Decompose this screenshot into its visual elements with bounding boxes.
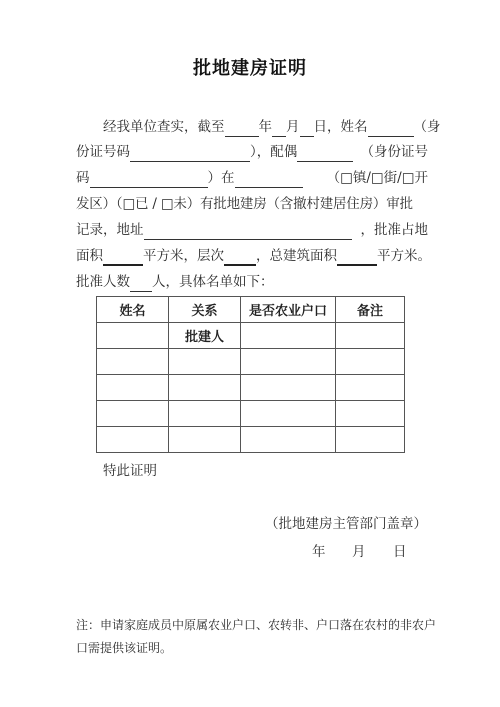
cell-relationship[interactable] [169, 349, 241, 375]
footnote-line-1: 注：申请家庭成员中原属农业户口、农转非、户口落在农村的非农户 [76, 614, 436, 637]
location-blank[interactable] [235, 171, 303, 188]
date-day-label: 日 [393, 540, 407, 560]
closing-text: 特此证明 [103, 459, 157, 479]
code-label: 码 [76, 168, 90, 188]
total-area-label: ，总建筑面积 [256, 246, 337, 266]
header-remarks: 备注 [336, 297, 405, 323]
cell-agricultural-hukou[interactable] [241, 349, 336, 375]
cell-relationship[interactable] [169, 427, 241, 453]
table-row [97, 427, 405, 453]
header-agricultural-hukou: 是否农业户口 [241, 297, 336, 323]
cell-name[interactable] [97, 375, 169, 401]
cell-remarks[interactable] [336, 427, 405, 453]
total-area-blank[interactable] [337, 248, 377, 266]
land-area-label: ，批准占地 [361, 220, 429, 240]
cell-name[interactable] [97, 349, 169, 375]
id-label-start: （身 [414, 117, 441, 137]
cell-agricultural-hukou[interactable] [241, 375, 336, 401]
id-number-label: 份证号码 [76, 142, 130, 162]
document-title: 批地建房证明 [0, 54, 500, 80]
header-relationship: 关系 [169, 297, 241, 323]
sqm-label: 平方米。 [377, 246, 431, 266]
cell-relationship[interactable]: 批建人 [169, 323, 241, 349]
table-row [97, 349, 405, 375]
footnote-line-2: 口需提供该证明。 [76, 637, 436, 660]
cell-agricultural-hukou[interactable] [241, 401, 336, 427]
cell-agricultural-hukou[interactable] [241, 427, 336, 453]
spouse-blank[interactable] [297, 145, 353, 162]
table-row [97, 375, 405, 401]
cell-remarks[interactable] [336, 401, 405, 427]
paragraph-line-4: 发区）（□已 / □未）有批地建房（含撤村建居住房）审批 [76, 194, 428, 214]
area-type-options: （□镇/□街/□开 [327, 168, 428, 188]
table-row: 批建人 [97, 323, 405, 349]
year-label: 年 [259, 117, 273, 137]
list-intro-label: 人，具体名单如下： [152, 272, 274, 292]
area-label: 面积 [76, 246, 103, 266]
household-members-table: 姓名 关系 是否农业户口 备注 批建人 [96, 296, 405, 453]
cell-name[interactable] [97, 323, 169, 349]
spouse-id-blank[interactable] [90, 171, 208, 188]
land-area-blank[interactable] [103, 248, 143, 266]
table-row [97, 401, 405, 427]
approved-count-label: 批准人数 [76, 272, 130, 292]
month-label: 月 [286, 117, 300, 137]
intro-text: 经我单位查实，截至 [103, 117, 225, 137]
floors-label: 平方米，层次 [143, 246, 224, 266]
day-blank[interactable] [300, 120, 314, 137]
id-number-blank[interactable] [130, 145, 250, 162]
paragraph-line-3: 码 ）在 （□镇/□街/□开 [76, 168, 428, 188]
approval-status-text: 发区）（□已 / □未）有批地建房（含撤村建居住房）审批 [76, 194, 413, 214]
seal-label: （批地建房主管部门盖章） [265, 512, 427, 532]
cell-name[interactable] [97, 401, 169, 427]
cell-agricultural-hukou[interactable] [241, 323, 336, 349]
cell-relationship[interactable] [169, 401, 241, 427]
day-name-label: 日，姓名 [314, 117, 368, 137]
cell-name[interactable] [97, 427, 169, 453]
year-blank[interactable] [225, 120, 259, 137]
located-label: ）在 [208, 168, 235, 188]
floors-blank[interactable] [224, 248, 256, 266]
paragraph-line-1: 经我单位查实，截至 年 月 日，姓名 （身 [76, 117, 428, 137]
paragraph-line-6: 面积 平方米，层次 ，总建筑面积 平方米。 [76, 246, 428, 266]
approved-count-blank[interactable] [130, 275, 152, 292]
paragraph-line-7: 批准人数 人，具体名单如下： [76, 272, 428, 292]
paragraph-line-2: 份证号码 ），配偶 （身份证号 [76, 142, 428, 162]
paragraph-line-5: 记录，地址 ，批准占地 [76, 220, 428, 240]
spouse-label: ），配偶 [250, 142, 297, 162]
header-name: 姓名 [97, 297, 169, 323]
address-blank[interactable] [144, 223, 352, 240]
spouse-id-label: （身份证号 [361, 142, 429, 162]
cell-remarks[interactable] [336, 323, 405, 349]
month-blank[interactable] [272, 120, 286, 137]
address-label: 记录，地址 [76, 220, 144, 240]
date-year-label: 年 [312, 540, 326, 560]
table-header-row: 姓名 关系 是否农业户口 备注 [97, 297, 405, 323]
date-month-label: 月 [352, 540, 366, 560]
cell-remarks[interactable] [336, 375, 405, 401]
name-blank[interactable] [368, 120, 414, 137]
cell-relationship[interactable] [169, 375, 241, 401]
footnote: 注：申请家庭成员中原属农业户口、农转非、户口落在农村的非农户 口需提供该证明。 [76, 614, 436, 660]
cell-remarks[interactable] [336, 349, 405, 375]
